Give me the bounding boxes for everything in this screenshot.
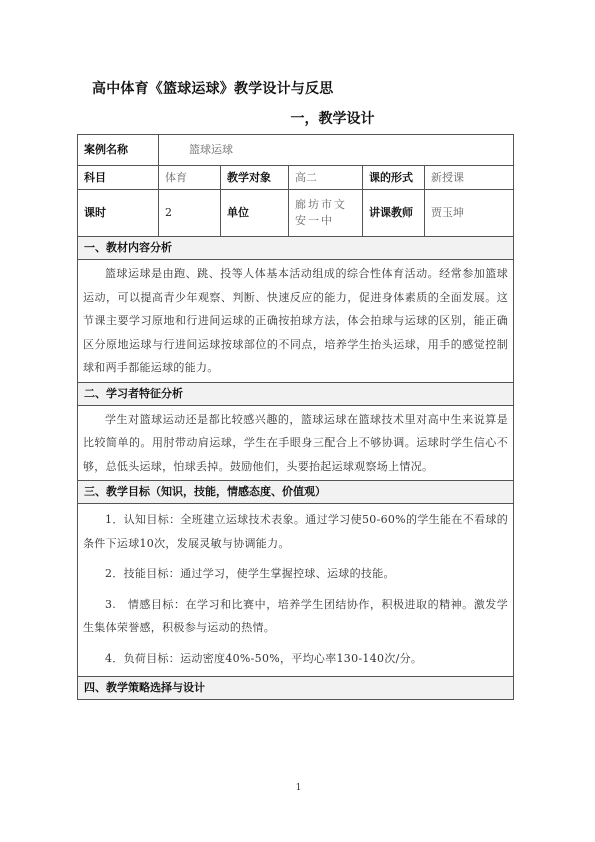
audience-value: 高二 <box>289 166 363 190</box>
document-title: 高中体育《篮球运球》教学设计与反思 <box>92 78 333 98</box>
periods-label: 课时 <box>78 190 159 237</box>
case-name-label: 案例名称 <box>78 135 159 166</box>
section-heading-teaching-strategy: 四、教学策略选择与设计 <box>78 677 514 700</box>
unit-value: 廊坊市文安一中 <box>289 190 363 237</box>
format-value: 新授课 <box>425 166 514 190</box>
section-header-teaching-goals: 三、教学目标（知识，技能，情感态度、价值观） <box>78 481 514 504</box>
section-body-content-analysis: 篮球运球是由跑、跳、投等人体基本活动组成的综合性体育活动。经常参加篮球运动，可以… <box>78 260 514 383</box>
section-header-content-analysis: 一、教材内容分析 <box>78 237 514 260</box>
goal-skill: 2．技能目标：通过学习，使学生掌握控球、运球的技能。 <box>83 562 508 586</box>
section-header-teaching-strategy: 四、教学策略选择与设计 <box>78 677 514 700</box>
goal-affective: 3. 情感目标：在学习和比赛中，培养学生团结协作，积极进取的精神。激发学生集体荣… <box>83 593 508 640</box>
subject-label: 科目 <box>78 166 159 190</box>
section-heading-learner-analysis: 二、学习者特征分析 <box>78 382 514 405</box>
content-analysis-paragraph: 篮球运球是由跑、跳、投等人体基本活动组成的综合性体育活动。经常参加篮球运动，可以… <box>83 262 508 380</box>
teacher-value: 贾玉坤 <box>425 190 514 237</box>
audience-label: 教学对象 <box>221 166 289 190</box>
format-label: 课的形式 <box>363 166 425 190</box>
learner-analysis-paragraph: 学生对篮球运动还是都比较感兴趣的，篮球运球在篮球技术里对高中生来说算是比较简单的… <box>83 408 508 479</box>
goal-load: 4．负荷目标：运动密度40%-50%，平均心率130-140次/分。 <box>83 647 508 671</box>
section-heading-teaching-goals: 三、教学目标（知识，技能，情感态度、价值观） <box>78 481 514 504</box>
learner-analysis-cell: 学生对篮球运动还是都比较感兴趣的，篮球运球在篮球技术里对高中生来说算是比较简单的… <box>78 405 514 481</box>
goal-cognitive: 1．认知目标：全班建立运球技术表象。通过学习使50-60%的学生能在不看球的条件… <box>83 508 508 555</box>
section-heading: 一，教学设计 <box>0 108 595 128</box>
case-name-value: 篮球运球 <box>159 135 514 166</box>
period-row: 课时 2 单位 廊坊市文安一中 讲课教师 贾玉坤 <box>78 190 514 237</box>
lesson-design-table: 案例名称 篮球运球 科目 体育 教学对象 高二 课的形式 新授课 课时 2 单位… <box>77 134 514 700</box>
case-name-row: 案例名称 篮球运球 <box>78 135 514 166</box>
subject-row: 科目 体育 教学对象 高二 课的形式 新授课 <box>78 166 514 190</box>
content-analysis-cell: 篮球运球是由跑、跳、投等人体基本活动组成的综合性体育活动。经常参加篮球运动，可以… <box>78 260 514 383</box>
periods-value: 2 <box>159 190 221 237</box>
subject-value: 体育 <box>159 166 221 190</box>
section-body-learner-analysis: 学生对篮球运动还是都比较感兴趣的，篮球运球在篮球技术里对高中生来说算是比较简单的… <box>78 405 514 481</box>
section-body-teaching-goals: 1．认知目标：全班建立运球技术表象。通过学习使50-60%的学生能在不看球的条件… <box>78 504 514 677</box>
teaching-goals-cell: 1．认知目标：全班建立运球技术表象。通过学习使50-60%的学生能在不看球的条件… <box>78 504 514 677</box>
unit-label: 单位 <box>221 190 289 237</box>
section-heading-content-analysis: 一、教材内容分析 <box>78 237 514 260</box>
page-number: 1 <box>0 783 595 793</box>
teacher-label: 讲课教师 <box>363 190 425 237</box>
section-header-learner-analysis: 二、学习者特征分析 <box>78 382 514 405</box>
